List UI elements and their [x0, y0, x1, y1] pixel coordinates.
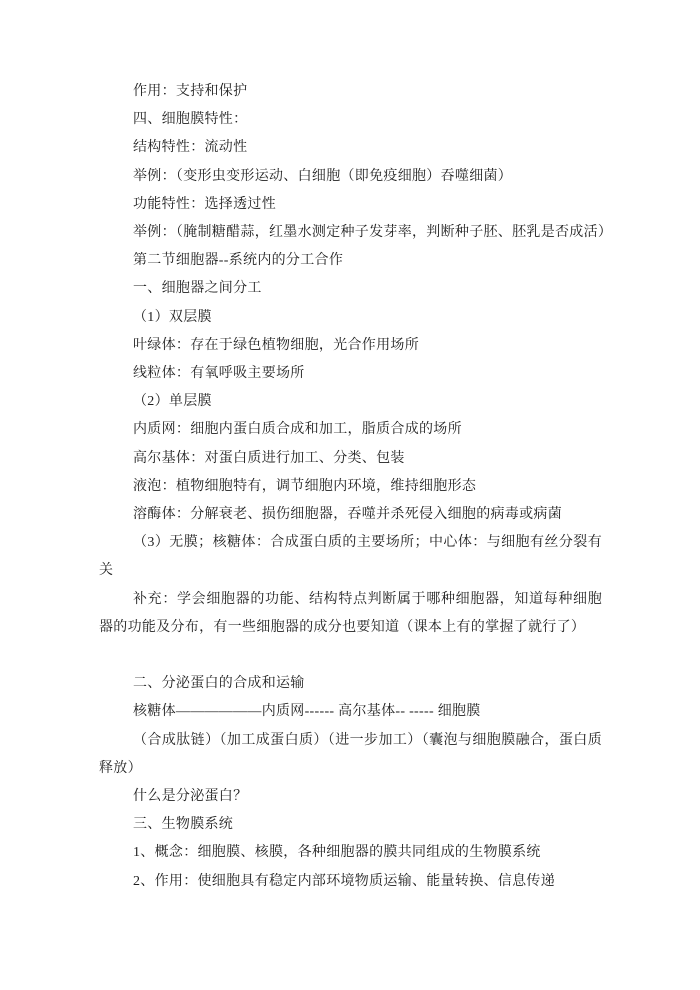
subheading-organelle-division: 一、细胞器之间分工 — [99, 275, 602, 303]
doc-line: 溶酶体：分解衰老、损伤细胞器，吞噬并杀死侵入细胞的病毒或病菌 — [99, 501, 602, 529]
doc-line: 功能特性：选择透过性 — [99, 191, 602, 219]
doc-line: 四、细胞膜特性： — [99, 106, 602, 134]
doc-line: 释放） — [99, 755, 602, 783]
doc-line: 作用：支持和保护 — [99, 78, 602, 106]
document-page: 作用：支持和保护 四、细胞膜特性： 结构特性：流动性 举例：（变形虫变形运动、白… — [0, 0, 700, 990]
blank-line — [99, 642, 602, 670]
doc-line: 内质网：细胞内蛋白质合成和加工，脂质合成的场所 — [99, 416, 602, 444]
doc-line: 器的功能及分布，有一些细胞器的成分也要知道（课本上有的掌握了就行了） — [99, 614, 602, 642]
doc-line: 结构特性：流动性 — [99, 134, 602, 162]
doc-line: 液泡：植物细胞特有，调节细胞内环境，维持细胞形态 — [99, 473, 602, 501]
doc-line: （1）双层膜 — [99, 304, 602, 332]
subheading-biomembrane: 三、生物膜系统 — [99, 811, 602, 839]
section-title: 第二节细胞器--系统内的分工合作 — [99, 247, 602, 275]
doc-line: 举例：（腌制糖醋蒜，红墨水测定种子发芽率，判断种子胚、胚乳是否成活） — [99, 219, 602, 247]
doc-line: （合成肽链）（加工成蛋白质）（进一步加工）（囊泡与细胞膜融合，蛋白质 — [99, 727, 602, 755]
subheading-secretory-protein: 二、分泌蛋白的合成和运输 — [99, 670, 602, 698]
protein-flow-line: 核糖体——————内质网------ 高尔基体-- ----- 细胞膜 — [99, 698, 602, 726]
doc-line: 高尔基体：对蛋白质进行加工、分类、包装 — [99, 445, 602, 473]
doc-line: 2、作用：使细胞具有稳定内部环境物质运输、能量转换、信息传递 — [99, 868, 602, 896]
doc-line: 什么是分泌蛋白？ — [99, 783, 602, 811]
doc-line: 叶绿体：存在于绿色植物细胞，光合作用场所 — [99, 332, 602, 360]
doc-line: 1、概念：细胞膜、核膜，各种细胞器的膜共同组成的生物膜系统 — [99, 839, 602, 867]
doc-line: 补充：学会细胞器的功能、结构特点判断属于哪种细胞器，知道每种细胞 — [99, 586, 602, 614]
doc-line: 线粒体：有氧呼吸主要场所 — [99, 360, 602, 388]
doc-line: （3）无膜；核糖体：合成蛋白质的主要场所；中心体：与细胞有丝分裂有 — [99, 529, 602, 557]
doc-line: （2）单层膜 — [99, 388, 602, 416]
doc-line: 举例：（变形虫变形运动、白细胞（即免疫细胞）吞噬细菌） — [99, 163, 602, 191]
doc-line: 关 — [99, 557, 602, 585]
